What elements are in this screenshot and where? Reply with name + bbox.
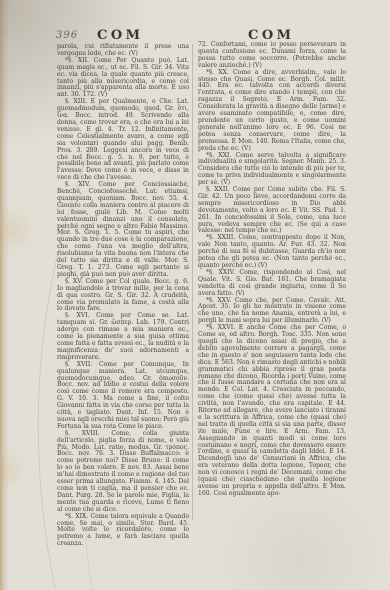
paragraph: *§. XX. Come a dire, avverbialm., vale l… xyxy=(198,70,346,153)
paragraph: §. XVIII. Come, colla giunta dell'artico… xyxy=(57,431,189,514)
paragraph: 72. Confortami, come io posso perseverar… xyxy=(198,42,346,70)
paragraph: §. XVII. Come per Comunque, In qualunque… xyxy=(57,362,189,431)
scanned-book-page: 396 COM COM parola, cui rifiutamente il … xyxy=(0,0,390,590)
paragraph: *§. XIX. Come talora equivale a Quando c… xyxy=(57,514,189,549)
paragraph: *§. XXVI. E anche Come che per Come, o C… xyxy=(198,325,346,498)
text-column-left: parola, cui rifiutamente il prese una ve… xyxy=(57,44,189,548)
paragraph: parola, cui rifiutamente il prese una ve… xyxy=(57,44,189,58)
paragraph: *§. XXIV. Come, rispondendo al Così, nel… xyxy=(198,270,346,298)
paragraph: §. XV. Come per Col quale. Bocc. g. 6. I… xyxy=(57,279,189,314)
paragraph: §. XIII. E per Qualmente, o Che. Lat. qu… xyxy=(57,99,189,182)
column-divider-rule xyxy=(192,44,193,520)
paragraph: *§. XII. Come Per Quanto può. Lat. quam … xyxy=(57,58,189,99)
page-number: 396 xyxy=(56,30,78,41)
paragraph: *§. XXI. Come serve talvolta a significa… xyxy=(198,153,346,188)
running-header-left: COM xyxy=(97,28,144,43)
text-column-right: 72. Confortami, come io posso perseverar… xyxy=(198,42,346,498)
paragraph: §. XVI. Come per Come se. Lat. tamquam s… xyxy=(57,313,189,361)
paragraph: §. XIV. Come per Conciossiaché, Benché, … xyxy=(57,182,189,279)
paragraph: *§. XXIII. Come, contrapposto dopo il No… xyxy=(198,235,346,270)
paragraph: *§. XXV. Come che, per Come. Cavalc. Att… xyxy=(198,298,346,326)
paragraph: §. XXII. Come per Come subito che. Fil. … xyxy=(198,187,346,235)
